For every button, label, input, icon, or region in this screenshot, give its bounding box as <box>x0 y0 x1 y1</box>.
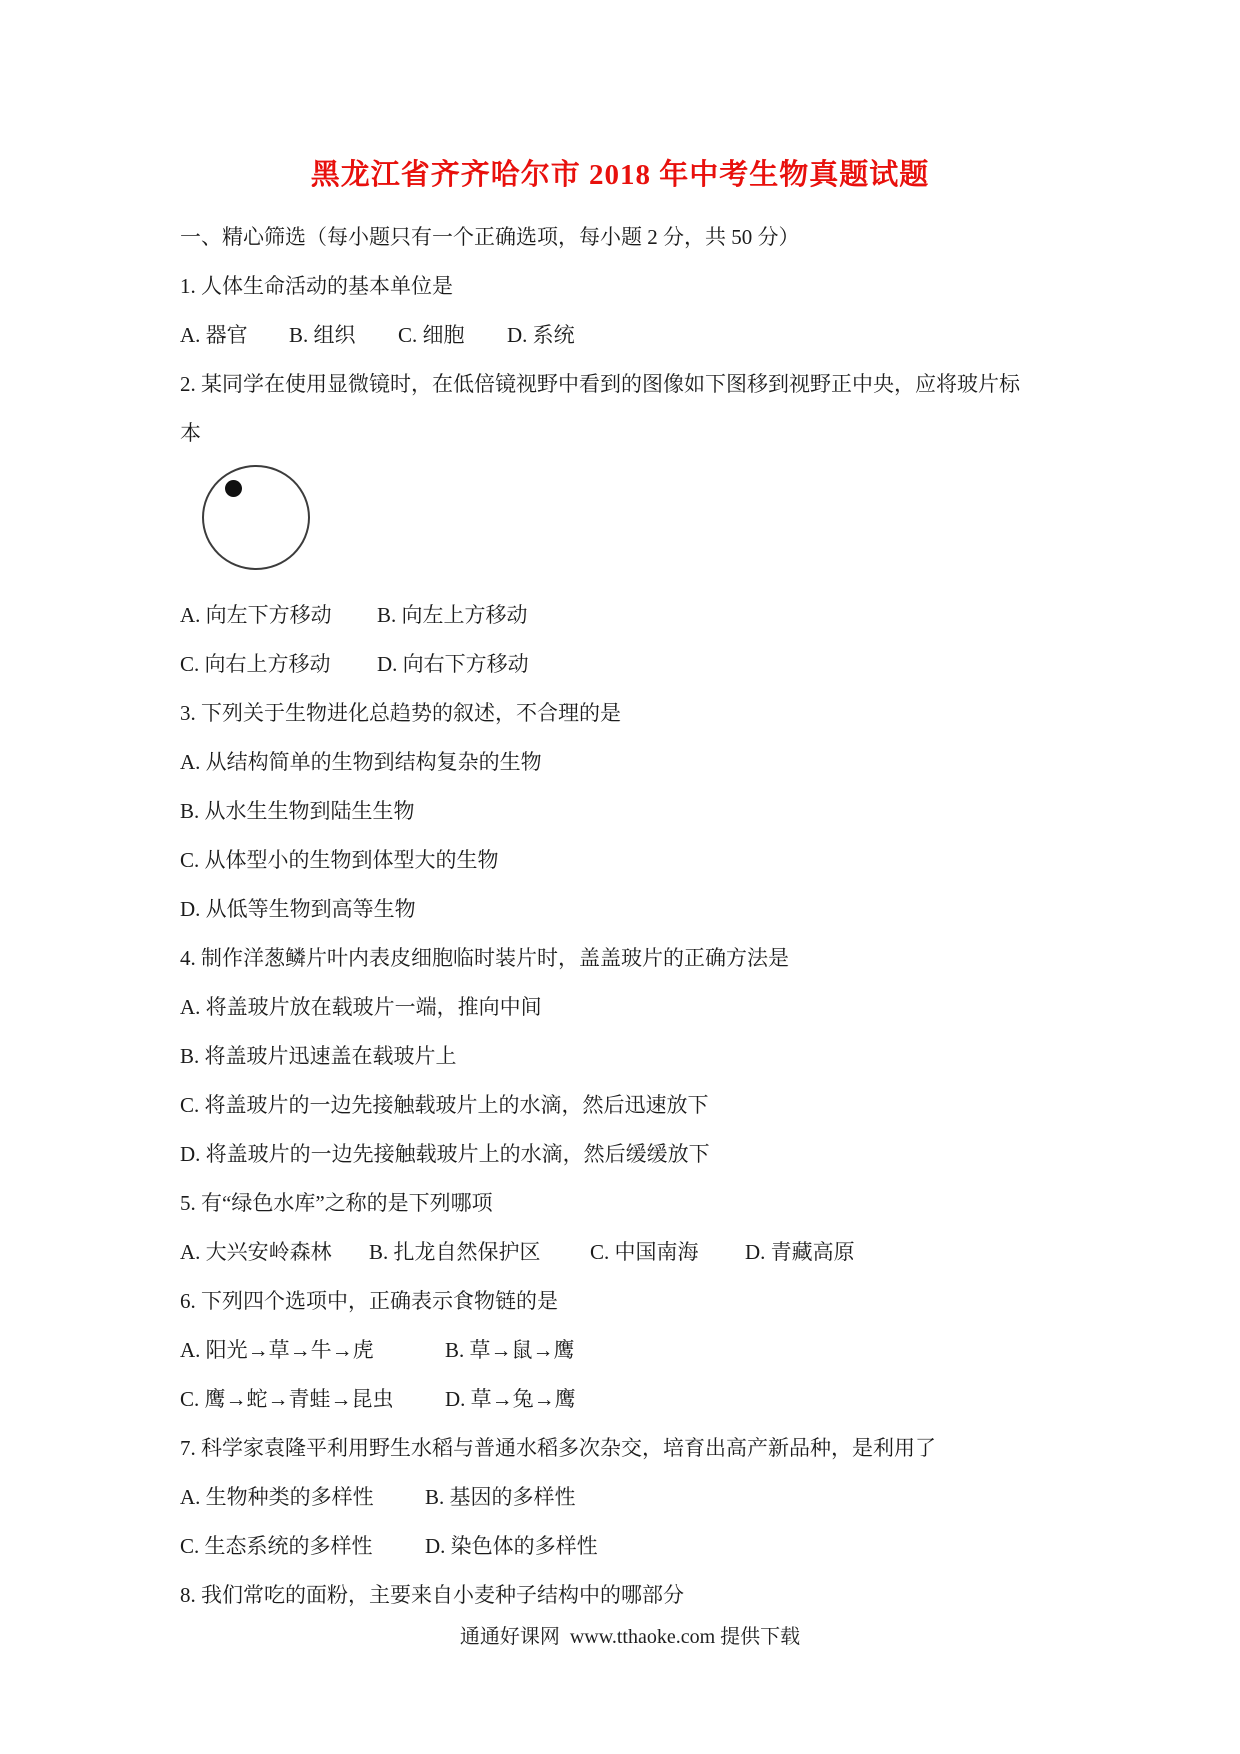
question-7-stem: 7. 科学家袁隆平利用野生水稻与普通水稻多次杂交，培育出高产新品种，是利用了 <box>180 1424 1080 1473</box>
question-4-option-a: A. 将盖玻片放在载玻片一端，推向中间 <box>180 983 1080 1032</box>
section-header: 一、精心筛选（每小题只有一个正确选项，每小题 2 分，共 50 分） <box>180 213 1080 262</box>
question-4-option-b: B. 将盖玻片迅速盖在载玻片上 <box>180 1032 1080 1081</box>
question-5-options: A. 大兴安岭森林B. 扎龙自然保护区C. 中国南海D. 青藏高原 <box>180 1228 1080 1277</box>
question-2-option-b: B. 向左上方移动 <box>377 591 528 640</box>
question-5-option-c: C. 中国南海 <box>590 1228 745 1277</box>
question-4-option-c: C. 将盖玻片的一边先接触载玻片上的水滴，然后迅速放下 <box>180 1081 1080 1130</box>
question-1-option-a: A. 器官 <box>180 311 289 360</box>
question-5-option-b: B. 扎龙自然保护区 <box>369 1228 590 1277</box>
question-2-stem: 2. 某同学在使用显微镜时，在低倍镜视野中看到的图像如下图移到视野正中央，应将玻… <box>180 360 1080 409</box>
question-8-stem: 8. 我们常吃的面粉，主要来自小麦种子结构中的哪部分 <box>180 1571 1080 1620</box>
question-2-option-d: D. 向右下方移动 <box>377 640 529 689</box>
question-6-options-row-2: C. 鹰→蛇→青蛙→昆虫D. 草→兔→鹰 <box>180 1375 1080 1424</box>
question-6-options-row-1: A. 阳光→草→牛→虎B. 草→鼠→鹰 <box>180 1326 1080 1375</box>
question-1-stem: 1. 人体生命活动的基本单位是 <box>180 262 1080 311</box>
question-3-option-c: C. 从体型小的生物到体型大的生物 <box>180 836 1080 885</box>
question-3-stem: 3. 下列关于生物进化总趋势的叙述，不合理的是 <box>180 689 1080 738</box>
document-body: 一、精心筛选（每小题只有一个正确选项，每小题 2 分，共 50 分） 1. 人体… <box>0 213 1240 1652</box>
question-5-stem: 5. 有“绿色水库”之称的是下列哪项 <box>180 1179 1080 1228</box>
question-3-option-b: B. 从水生生物到陆生生物 <box>180 787 1080 836</box>
question-6-stem: 6. 下列四个选项中，正确表示食物链的是 <box>180 1277 1080 1326</box>
question-7-options-row-1: A. 生物种类的多样性B. 基因的多样性 <box>180 1473 1080 1522</box>
question-5-option-a: A. 大兴安岭森林 <box>180 1228 369 1277</box>
question-1-option-d: D. 系统 <box>507 311 575 360</box>
microscope-field-circle <box>202 465 310 570</box>
watermark-footer: 通通好课网 www.tthaoke.com 提供下载 <box>180 1622 1080 1652</box>
question-1-options: A. 器官B. 组织C. 细胞D. 系统 <box>180 311 1080 360</box>
question-7-option-d: D. 染色体的多样性 <box>425 1522 598 1571</box>
question-3-option-d: D. 从低等生物到高等生物 <box>180 885 1080 934</box>
specimen-dot <box>225 480 242 497</box>
question-5-option-d: D. 青藏高原 <box>745 1228 855 1277</box>
question-2-option-a: A. 向左下方移动 <box>180 591 377 640</box>
question-2-options-row-2: C. 向右上方移动D. 向右下方移动 <box>180 640 1080 689</box>
question-2-stem-continued: 本 <box>180 409 1080 458</box>
question-4-stem: 4. 制作洋葱鳞片叶内表皮细胞临时装片时，盖盖玻片的正确方法是 <box>180 934 1080 983</box>
question-7-option-b: B. 基因的多样性 <box>425 1473 576 1522</box>
question-6-option-b: B. 草→鼠→鹰 <box>445 1326 575 1375</box>
question-7-option-a: A. 生物种类的多样性 <box>180 1473 425 1522</box>
document-title: 黑龙江省齐齐哈尔市 2018 年中考生物真题试题 <box>0 0 1240 192</box>
question-2-option-c: C. 向右上方移动 <box>180 640 377 689</box>
microscope-view-diagram <box>180 465 1080 570</box>
question-2-options-row-1: A. 向左下方移动B. 向左上方移动 <box>180 591 1080 640</box>
question-7-option-c: C. 生态系统的多样性 <box>180 1522 425 1571</box>
question-1-option-c: C. 细胞 <box>398 311 507 360</box>
exam-document-page: 黑龙江省齐齐哈尔市 2018 年中考生物真题试题 一、精心筛选（每小题只有一个正… <box>0 0 1240 1754</box>
question-6-option-d: D. 草→兔→鹰 <box>445 1375 576 1424</box>
question-6-option-a: A. 阳光→草→牛→虎 <box>180 1326 445 1375</box>
question-7-options-row-2: C. 生态系统的多样性D. 染色体的多样性 <box>180 1522 1080 1571</box>
question-6-option-c: C. 鹰→蛇→青蛙→昆虫 <box>180 1375 445 1424</box>
question-1-option-b: B. 组织 <box>289 311 398 360</box>
question-4-option-d: D. 将盖玻片的一边先接触载玻片上的水滴，然后缓缓放下 <box>180 1130 1080 1179</box>
question-3-option-a: A. 从结构简单的生物到结构复杂的生物 <box>180 738 1080 787</box>
